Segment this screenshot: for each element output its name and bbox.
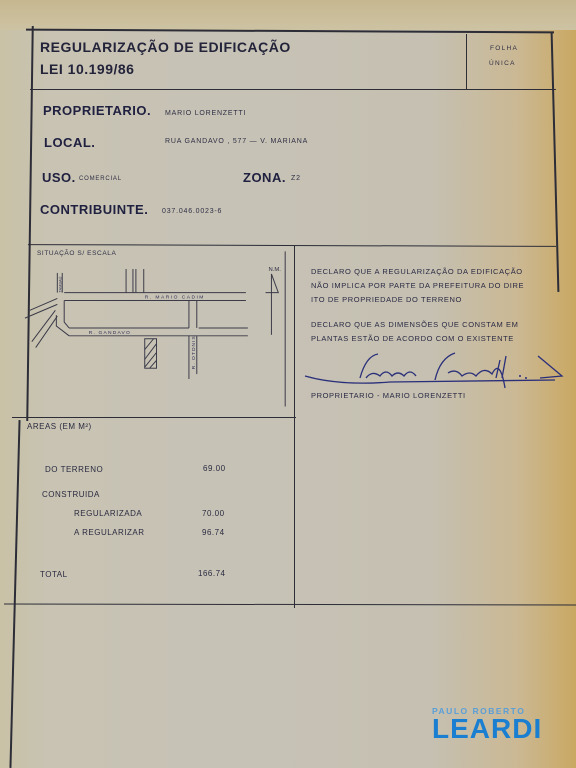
terrain-value: 69.00 — [203, 464, 226, 473]
watermark-main: LEARDI — [432, 713, 542, 745]
owner-value: MARIO LORENZETTI — [165, 110, 246, 117]
declaration-paragraph-1: DECLARO QUE A REGULARIZAÇÃO DA EDIFICAÇÃ… — [311, 265, 524, 307]
watermark-logo: PAULO ROBERTO LEARDI — [432, 706, 542, 745]
street-left: TAMBAÚ — [57, 276, 62, 292]
declaration-line: DECLARO QUE A REGULARIZAÇÃO DA EDIFICAÇÃ… — [311, 265, 524, 279]
to-regularize-value: 96.74 — [202, 528, 225, 537]
form-title: REGULARIZAÇÃO DE EDIFICAÇÃO — [40, 39, 291, 55]
declaration-line: PLANTAS ESTÃO DE ACORDO COM O EXISTENTE — [311, 332, 518, 346]
zone-label: ZONA. — [243, 170, 286, 185]
frame-right — [551, 32, 559, 292]
use-label: USO. — [42, 170, 76, 185]
areas-divider — [12, 417, 296, 418]
total-label: TOTAL — [40, 570, 68, 579]
declaration-line: NÃO IMPLICA POR PARTE DA PREFEITURA DO D… — [311, 279, 524, 293]
law-number: LEI 10.199/86 — [40, 61, 134, 77]
taxpayer-value: 037.046.0023-6 — [162, 208, 222, 215]
declaration-paragraph-2: DECLARO QUE AS DIMENSÕES QUE CONSTAM EM … — [311, 318, 518, 346]
situation-map: N.M. R. MARIO CADIM R. GANDAVO R. OTONIS… — [20, 240, 295, 410]
regularized-label: REGULARIZADA — [74, 509, 142, 518]
background-sheet-edge — [0, 0, 576, 30]
use-value: COMERCIAL — [79, 176, 122, 182]
regularized-value: 70.00 — [202, 509, 225, 518]
sheet-value: ÚNICA — [489, 60, 516, 67]
location-label: LOCAL. — [44, 135, 95, 150]
to-regularize-label: A REGULARIZAR — [74, 528, 145, 537]
location-value: RUA GANDAVO , 577 — V. MARIANA — [165, 138, 308, 145]
sheet-label: FOLHA — [490, 45, 518, 52]
street-mario-cadim: R. MARIO CADIM — [145, 294, 205, 300]
built-label: CONSTRUIDA — [42, 490, 100, 499]
owner-label: PROPRIETARIO. — [43, 103, 151, 118]
areas-title: AREAS (EM M²) — [27, 422, 92, 431]
street-gandavo: R. GANDAVO — [89, 330, 131, 336]
header-divider — [30, 89, 556, 90]
signature — [300, 348, 570, 393]
frame-left-lower — [9, 420, 20, 768]
north-label: N.M. — [268, 267, 281, 273]
signer-name: PROPRIETARIO - MARIO LORENZETTI — [311, 389, 466, 403]
declaration-line: ITO DE PROPRIEDADE DO TERRENO — [311, 293, 524, 307]
declaration-line: DECLARO QUE AS DIMENSÕES QUE CONSTAM EM — [311, 318, 518, 332]
street-otonis: R. OTONIS — [191, 335, 197, 369]
terrain-label: DO TERRENO — [45, 465, 103, 474]
zone-value: Z2 — [291, 175, 301, 182]
bottom-divider — [4, 604, 576, 606]
header-divider-vertical — [466, 34, 467, 90]
taxpayer-label: CONTRIBUINTE. — [40, 202, 148, 217]
total-value: 166.74 — [198, 569, 225, 578]
